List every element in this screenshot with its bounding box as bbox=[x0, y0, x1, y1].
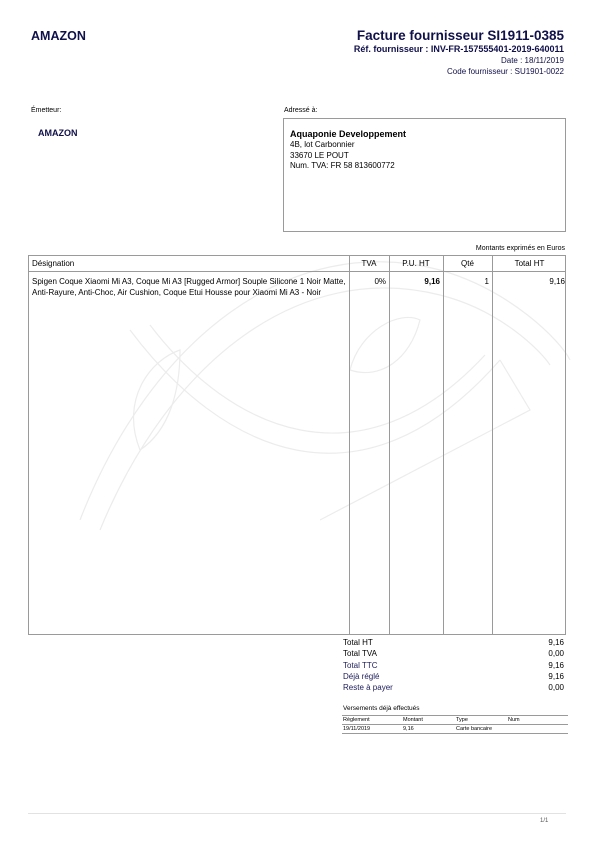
total-label: Reste à payer bbox=[343, 682, 393, 693]
payment-date: 19/11/2019 bbox=[343, 726, 370, 732]
supplier-reference: Réf. fournisseur : INV-FR-157555401-2019… bbox=[354, 43, 564, 55]
total-label: Total TTC bbox=[343, 660, 378, 671]
recipient-label: Adressé à: bbox=[284, 107, 317, 114]
total-ht-row: Total HT 9,16 bbox=[343, 637, 564, 648]
item-unit-price: 9,16 bbox=[389, 277, 440, 288]
column-header-total: Total HT bbox=[492, 259, 567, 268]
column-divider bbox=[443, 256, 444, 634]
column-divider bbox=[349, 256, 350, 634]
total-label: Déjà réglé bbox=[343, 671, 379, 682]
recipient-address-line: 4B, lot Carbonnier bbox=[290, 140, 559, 151]
currency-note: Montants exprimés en Euros bbox=[476, 245, 565, 252]
item-total: 9,16 bbox=[492, 277, 565, 288]
supplier-brand: AMAZON bbox=[31, 29, 86, 43]
recipient-vat-number: Num. TVA: FR 58 813600772 bbox=[290, 161, 559, 172]
payments-title: Versements déjà effectués bbox=[343, 705, 419, 712]
total-value: 9,16 bbox=[548, 660, 564, 671]
column-header-designation: Désignation bbox=[32, 259, 74, 268]
recipient-name: Aquaponie Developpement bbox=[290, 128, 559, 140]
totals-block: Total HT 9,16 Total TVA 0,00 Total TTC 9… bbox=[343, 637, 564, 693]
item-qty: 1 bbox=[443, 277, 489, 288]
column-divider bbox=[492, 256, 493, 634]
invoice-header: Facture fournisseur SI1911-0385 Réf. fou… bbox=[354, 28, 564, 77]
already-paid-row: Déjà réglé 9,16 bbox=[343, 671, 564, 682]
payments-column-header: Règlement bbox=[343, 717, 370, 723]
total-value: 0,00 bbox=[548, 682, 564, 693]
item-tva: 0% bbox=[349, 277, 386, 288]
total-label: Total TVA bbox=[343, 648, 377, 659]
column-header-tva: TVA bbox=[349, 259, 389, 268]
line-items-table: Désignation TVA P.U. HT Qté Total HT Spi… bbox=[28, 255, 566, 635]
column-header-unit-price: P.U. HT bbox=[389, 259, 443, 268]
total-ttc-row: Total TTC 9,16 bbox=[343, 660, 564, 671]
recipient-address-line: 33670 LE POUT bbox=[290, 151, 559, 162]
footer-divider bbox=[28, 813, 566, 814]
total-label: Total HT bbox=[343, 637, 373, 648]
total-value: 0,00 bbox=[548, 648, 564, 659]
payments-table: Règlement Montant Type Num 19/11/2019 9,… bbox=[342, 715, 568, 734]
payments-column-header: Type bbox=[456, 717, 468, 723]
item-designation: Spigen Coque Xiaomi Mi A3, Coque Mi A3 [… bbox=[32, 277, 347, 298]
sender-label: Émetteur: bbox=[31, 107, 61, 114]
invoice-title: Facture fournisseur SI1911-0385 bbox=[354, 28, 564, 43]
invoice-date: Date : 18/11/2019 bbox=[354, 55, 564, 66]
payments-header-row: Règlement Montant Type Num bbox=[342, 716, 568, 725]
remaining-row: Reste à payer 0,00 bbox=[343, 682, 564, 693]
payments-column-header: Num bbox=[508, 717, 520, 723]
payments-column-header: Montant bbox=[403, 717, 423, 723]
payment-row: 19/11/2019 9,16 Carte bancaire bbox=[342, 725, 568, 733]
total-value: 9,16 bbox=[548, 671, 564, 682]
column-divider bbox=[389, 256, 390, 634]
supplier-code: Code fournisseur : SU1901-0022 bbox=[354, 66, 564, 77]
column-header-qty: Qté bbox=[443, 259, 492, 268]
payment-type: Carte bancaire bbox=[456, 726, 492, 732]
page-number: 1/1 bbox=[540, 818, 548, 824]
payment-amount: 9,16 bbox=[403, 726, 414, 732]
recipient-address-box: Aquaponie Developpement 4B, lot Carbonni… bbox=[283, 118, 566, 232]
total-value: 9,16 bbox=[548, 637, 564, 648]
total-tva-row: Total TVA 0,00 bbox=[343, 648, 564, 659]
sender-name: AMAZON bbox=[38, 128, 78, 138]
